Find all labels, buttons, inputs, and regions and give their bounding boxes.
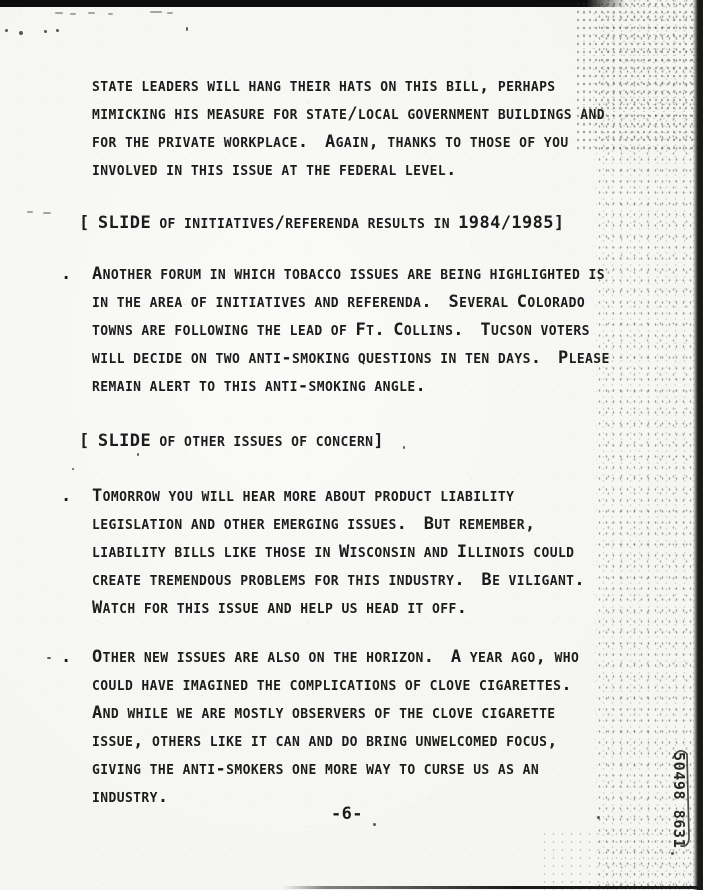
scan-speck	[56, 29, 59, 32]
bullet-paragraph: OTHER NEW ISSUES ARE ALSO ON THE HORIZON…	[92, 643, 579, 811]
scan-bottom-edge	[282, 886, 703, 889]
slide-cue: [ SLIDE OF INITIATIVES/REFERENDA RESULTS…	[79, 209, 565, 237]
text-line: GIVING THE ANTI-SMOKERS ONE MORE WAY TO …	[92, 755, 579, 783]
text-line: [ SLIDE OF INITIATIVES/REFERENDA RESULTS…	[79, 209, 565, 237]
bullet-marker: .	[61, 643, 72, 671]
scanned-document-page: STATE LEADERS WILL HANG THEIR HATS ON TH…	[0, 0, 703, 890]
text-line: WILL DECIDE ON TWO ANTI-SMOKING QUESTION…	[92, 344, 610, 372]
text-line: [ SLIDE OF OTHER ISSUES OF CONCERN]	[79, 427, 384, 455]
scan-speck	[19, 31, 23, 35]
scan-mark	[167, 12, 173, 14]
text-line: WATCH FOR THIS ISSUE AND HELP US HEAD IT…	[92, 594, 585, 622]
scan-speck	[47, 657, 51, 659]
bullet-marker: .	[61, 482, 72, 510]
text-line: STATE LEADERS WILL HANG THEIR HATS ON TH…	[92, 72, 605, 100]
scan-top-edge	[0, 0, 626, 7]
text-line: TOMORROW YOU WILL HEAR MORE ABOUT PRODUC…	[92, 482, 585, 510]
scan-mark	[27, 211, 33, 213]
text-line: CREATE TREMENDOUS PROBLEMS FOR THIS INDU…	[92, 566, 585, 594]
text-line: REMAIN ALERT TO THIS ANTI-SMOKING ANGLE.	[92, 372, 610, 400]
text-line: MIMICKING HIS MEASURE FOR STATE/LOCAL GO…	[92, 100, 605, 128]
scan-right-edge	[693, 0, 703, 890]
page-number: -6-	[331, 800, 363, 828]
text-line: LIABILITY BILLS LIKE THOSE IN WISCONSIN …	[92, 538, 585, 566]
scan-speck	[403, 446, 405, 449]
scan-mark	[43, 212, 51, 214]
scan-mark	[55, 12, 63, 14]
slide-cue: [ SLIDE OF OTHER ISSUES OF CONCERN]	[79, 427, 384, 455]
scan-mark	[88, 12, 95, 14]
text-line: COULD HAVE IMAGINED THE COMPLICATIONS OF…	[92, 671, 579, 699]
scan-speck	[186, 27, 188, 31]
text-line: OTHER NEW ISSUES ARE ALSO ON THE HORIZON…	[92, 643, 579, 671]
text-line: AND WHILE WE ARE MOSTLY OBSERVERS OF THE…	[92, 699, 579, 727]
bullet-marker: .	[61, 260, 72, 288]
scan-speck	[72, 468, 74, 470]
text-line: FOR THE PRIVATE WORKPLACE. AGAIN, THANKS…	[92, 128, 605, 156]
scan-speck	[5, 29, 8, 32]
scan-mark	[150, 11, 162, 13]
scan-speck	[597, 816, 600, 819]
scan-mark	[70, 13, 76, 15]
text-line: IN THE AREA OF INITIATIVES AND REFERENDA…	[92, 288, 610, 316]
text-line: TOWNS ARE FOLLOWING THE LEAD OF FT. COLL…	[92, 316, 610, 344]
body-paragraph: STATE LEADERS WILL HANG THEIR HATS ON TH…	[92, 72, 605, 184]
bullet-paragraph: ANOTHER FORUM IN WHICH TOBACCO ISSUES AR…	[92, 260, 610, 400]
text-line: LEGISLATION AND OTHER EMERGING ISSUES. B…	[92, 510, 585, 538]
scan-mark	[108, 13, 113, 15]
bullet-paragraph: TOMORROW YOU WILL HEAR MORE ABOUT PRODUC…	[92, 482, 585, 622]
text-line: ANOTHER FORUM IN WHICH TOBACCO ISSUES AR…	[92, 260, 610, 288]
text-line: ISSUE, OTHERS LIKE IT CAN AND DO BRING U…	[92, 727, 579, 755]
text-line: INVOLVED IN THIS ISSUE AT THE FEDERAL LE…	[92, 156, 605, 184]
bates-bracket-mark	[668, 745, 694, 853]
scan-speck	[44, 30, 47, 33]
scan-speck	[373, 823, 376, 826]
